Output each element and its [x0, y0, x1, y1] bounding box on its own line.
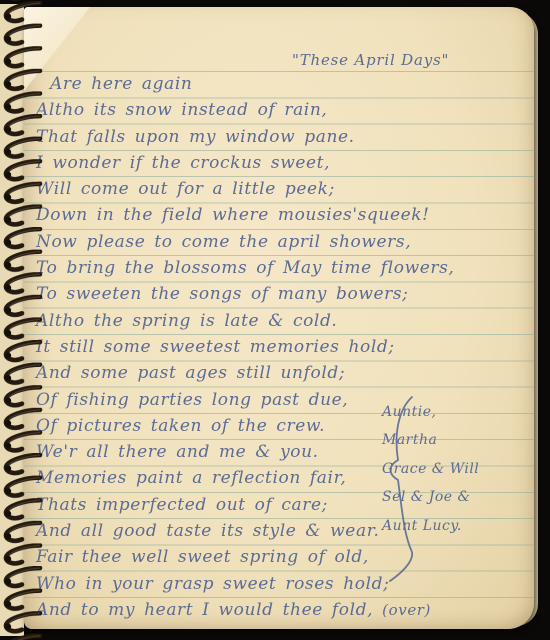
poem-line: Now please to come the april showers,: [36, 229, 516, 255]
poem-line: To bring the blossoms of May time flower…: [36, 255, 516, 281]
poem-line: I wonder if the crockus sweet,: [36, 150, 516, 176]
poem-line: Down in the field where mousies'squeek!: [36, 202, 516, 228]
poem-line: That falls upon my window pane.: [36, 124, 516, 150]
poem-title: "These April Days": [292, 51, 449, 69]
poem-line: And some past ages still unfold;: [36, 360, 516, 386]
poem-line-last: And to my heart I would thee fold,(over): [36, 597, 516, 623]
poem-line: Are here again: [36, 71, 516, 97]
over-note: (over): [382, 601, 431, 619]
notebook-page: "These April Days" Are here again Altho …: [24, 7, 534, 629]
spiral-binding-icon: [0, 0, 46, 640]
names-bracket: [370, 385, 430, 597]
notebook-photo: "These April Days" Are here again Altho …: [0, 0, 550, 640]
poem-line: Will come out for a little peek;: [36, 176, 516, 202]
poem-line: Who in your grasp sweet roses hold;: [36, 571, 516, 597]
poem-line: Fair thee well sweet spring of old,: [36, 544, 516, 570]
poem-line: Altho its snow instead of rain,: [36, 97, 516, 123]
poem: Are here again Altho its snow instead of…: [36, 71, 516, 623]
poem-line: Altho the spring is late & cold.: [36, 308, 516, 334]
poem-line: It still some sweetest memories hold;: [36, 334, 516, 360]
poem-line: To sweeten the songs of many bowers;: [36, 281, 516, 307]
poem-line: And to my heart I would thee fold,: [36, 600, 373, 620]
